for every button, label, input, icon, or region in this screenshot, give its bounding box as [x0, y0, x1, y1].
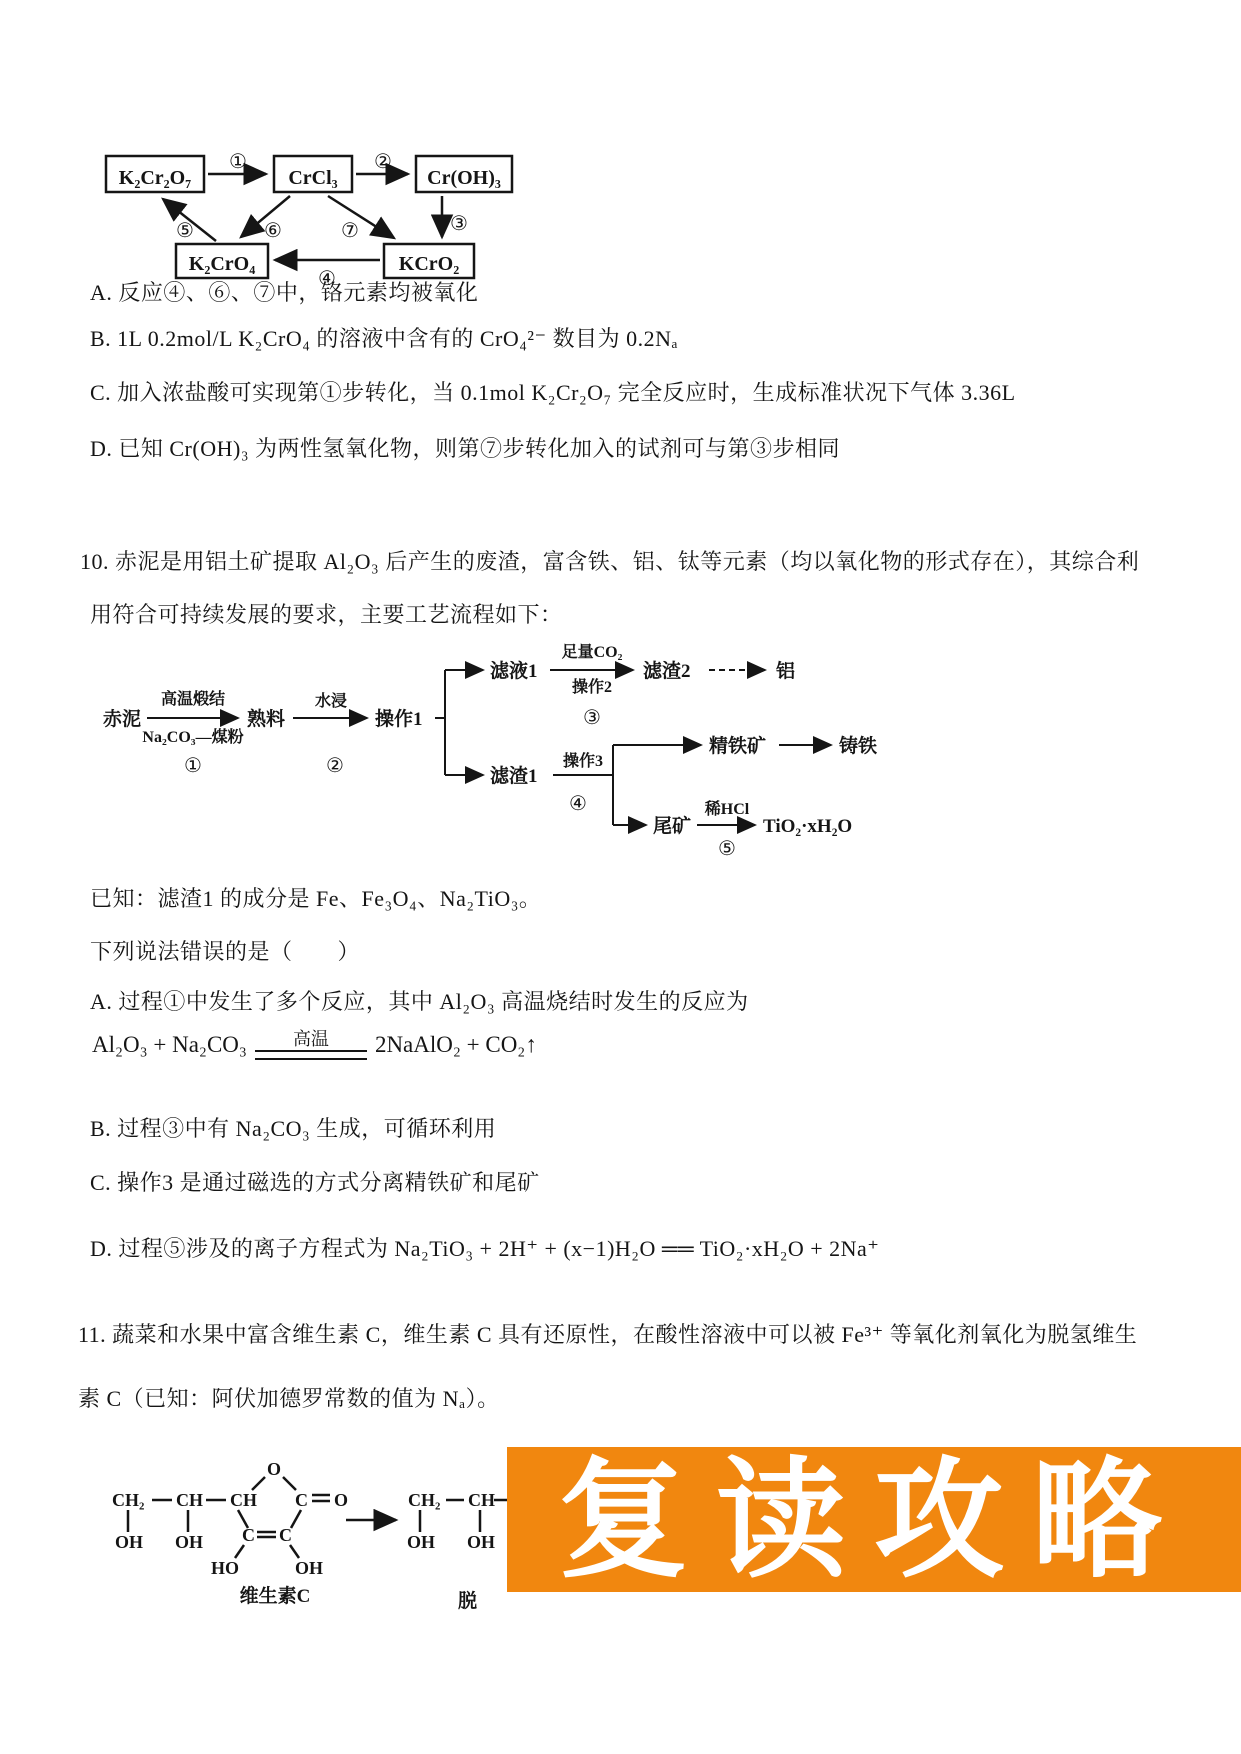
group-oh-4: OH — [467, 1532, 495, 1552]
equation-right: 2NaAlO₂ + CO₂↑ — [375, 1032, 537, 1058]
label-k2cr2o7: K₂Cr₂O₇ — [119, 167, 191, 189]
flow-step1-badge: ① — [184, 755, 202, 777]
flow-step3-badge: ③ — [583, 707, 601, 729]
vitamin-c-label: 维生素C — [240, 1584, 311, 1607]
equation-left: Al₂O₃ + Na₂CO₃ — [92, 1032, 247, 1058]
q9-option-d: D. 已知 Cr(OH)₃ 为两性氢氧化物，则第⑦步转化加入的试剂可与第③步相同 — [90, 432, 840, 463]
atom-o-right: O — [334, 1490, 348, 1510]
exam-page: K₂Cr₂O₇ CrCl₃ Cr(OH)₃ K₂CrO₄ KCrO₂ ① ② ③… — [0, 0, 1241, 1754]
flow-cast-iron: 铸铁 — [839, 734, 877, 757]
flow-aluminum: 铝 — [776, 659, 795, 682]
flow-residue2: 滤渣2 — [643, 659, 691, 682]
dehydro-label-truncated: 脱 — [458, 1589, 477, 1612]
flow-source: 赤泥 — [103, 707, 141, 730]
flow-cond3-top: 足量CO₂ — [562, 642, 623, 661]
atom-ch-a: CH — [176, 1490, 203, 1510]
equation-condition: 高温 — [293, 1030, 329, 1050]
q9-option-a: A. 反应④、⑥、⑦中，铬元素均被氧化 — [90, 276, 478, 307]
q10-option-b: B. 过程③中有 Na₂CO₃ 生成，可循环利用 — [90, 1112, 496, 1143]
flow-clinker: 熟料 — [247, 707, 285, 730]
label-croh3: Cr(OH)₃ — [427, 167, 501, 189]
atom-c-mid: C — [279, 1525, 292, 1545]
atom-ch2-a: CH₂ — [112, 1490, 144, 1510]
ring-bond — [283, 1477, 296, 1490]
group-oh-1: OH — [115, 1532, 143, 1552]
atom-ch2-b: CH₂ — [408, 1490, 440, 1510]
atom-c-left: C — [242, 1525, 255, 1545]
flow-step5-badge: ⑤ — [718, 838, 736, 860]
step6-badge: ⑥ — [264, 220, 282, 242]
q9-option-c: C. 加入浓盐酸可实现第①步转化，当 0.1mol K₂Cr₂O₇ 完全反应时，… — [90, 376, 1016, 407]
flow-op1: 操作1 — [375, 707, 423, 730]
label-k2cro4: K₂CrO₄ — [189, 253, 255, 275]
group-oh-3: OH — [407, 1532, 435, 1552]
step7-badge: ⑦ — [341, 220, 359, 242]
ring-bond — [252, 1477, 265, 1490]
vitamin-c-structure: CH₂ CH CH O C O C C HO OH OH OH 维生素C CH₂… — [90, 1442, 530, 1627]
equation-alumina-soda: Al₂O₃ + Na₂CO₃ 高温 2NaAlO₂ + CO₂↑ — [92, 1030, 537, 1060]
q11-stem-line2: 素 C（已知：阿伏加德罗常数的值为 Nₐ）。 — [78, 1382, 500, 1413]
q10-option-d: D. 过程⑤涉及的离子方程式为 Na₂TiO₃ + 2H⁺ + (x−1)H₂O… — [90, 1232, 879, 1263]
flow-dilute-hcl: 稀HCl — [704, 799, 750, 818]
equation-condition-block: 高温 — [255, 1030, 367, 1060]
step5-badge: ⑤ — [176, 220, 194, 242]
flow-step4-badge: ④ — [569, 793, 587, 815]
group-ho: HO — [211, 1558, 239, 1578]
flow-product-tio2: TiO₂·xH₂O — [763, 816, 852, 837]
group-oh-2: OH — [175, 1532, 203, 1552]
q10-question: 下列说法错误的是（ ） — [90, 935, 360, 966]
step3-badge: ③ — [450, 213, 468, 235]
step1-badge: ① — [229, 151, 247, 173]
flow-residue1: 滤渣1 — [490, 764, 538, 787]
q10-stem-line2: 用符合可持续发展的要求，主要工艺流程如下： — [90, 598, 563, 629]
atom-o-top: O — [267, 1459, 281, 1479]
promo-banner-text: 复读攻略 — [558, 1455, 1190, 1585]
bond — [235, 1545, 244, 1558]
atom-ch-c: CH — [468, 1490, 495, 1510]
flow-cond1-top: 高温煅结 — [161, 689, 225, 708]
double-bond-line — [255, 1050, 367, 1060]
atom-ch-b: CH — [230, 1490, 257, 1510]
ring-bond — [291, 1510, 301, 1528]
q10-option-a: A. 过程①中发生了多个反应，其中 Al₂O₃ 高温烧结时发生的反应为 — [90, 985, 749, 1016]
step2-badge: ② — [374, 151, 392, 173]
q11-stem-line1: 11. 蔬菜和水果中富含维生素 C，维生素 C 具有还原性，在酸性溶液中可以被 … — [78, 1318, 1137, 1349]
flow-step2-badge: ② — [326, 755, 344, 777]
flow-cond2: 水浸 — [315, 691, 347, 710]
bond — [290, 1545, 299, 1558]
chromium-conversion-diagram: K₂Cr₂O₇ CrCl₃ Cr(OH)₃ K₂CrO₄ KCrO₂ ① ② ③… — [90, 138, 530, 288]
label-crcl3: CrCl₃ — [288, 167, 337, 189]
q10-option-c: C. 操作3 是通过磁选的方式分离精铁矿和尾矿 — [90, 1166, 540, 1197]
flow-cond1-bottom: Na₂CO₃—煤粉 — [142, 727, 243, 746]
q10-known: 已知：滤渣1 的成分是 Fe、Fe₃O₄、Na₂TiO₃。 — [90, 882, 541, 913]
atom-c-right: C — [295, 1490, 308, 1510]
flow-tailings: 尾矿 — [653, 814, 691, 837]
label-kcro2: KCrO₂ — [399, 253, 459, 275]
flow-filtrate1: 滤液1 — [490, 659, 538, 682]
flow-cond3-bottom: 操作2 — [571, 677, 612, 696]
q9-option-b: B. 1L 0.2mol/L K₂CrO₄ 的溶液中含有的 CrO₄²⁻ 数目为… — [90, 322, 678, 353]
q10-stem-line1: 10. 赤泥是用铝土矿提取 Al₂O₃ 后产生的废渣，富含铁、铝、钛等元素（均以… — [80, 545, 1139, 576]
flow-iron-concentrate: 精铁矿 — [709, 734, 766, 757]
promo-banner: 复读攻略 — [507, 1447, 1241, 1592]
arrow-step7 — [328, 196, 394, 238]
flow-op3: 操作3 — [562, 751, 603, 770]
group-oh-ring: OH — [295, 1558, 323, 1578]
red-mud-process-flowchart: 赤泥 高温煅结 Na₂CO₃—煤粉 ① 熟料 水浸 ② 操作1 滤液1 足量CO… — [95, 640, 895, 860]
